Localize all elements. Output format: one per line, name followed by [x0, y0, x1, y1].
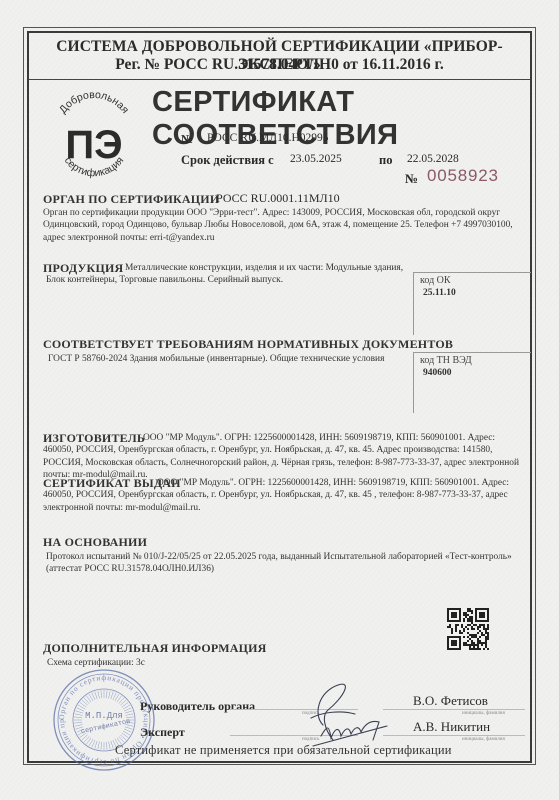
products-text-line2: Блок контейнеры, Торговые павильоны. Сер…: [46, 274, 283, 286]
head-name-caption: инициалы, фамилия: [462, 711, 505, 716]
expert-name: А.В. Никитин: [413, 719, 490, 735]
svg-text:Добровольная: Добровольная: [57, 89, 131, 116]
disclaimer-text: Сертификат не применяется при обязательн…: [115, 743, 452, 758]
requirements-title: СООТВЕТСТВУЕТ ТРЕБОВАНИЯМ НОРМАТИВНЫХ ДО…: [43, 337, 453, 352]
valid-to-label: по: [379, 153, 392, 168]
tnved-code-label: код ТН ВЭД: [420, 355, 472, 366]
basis-title: НА ОСНОВАНИИ: [43, 535, 147, 550]
products-text-line1: Металлические конструкции, изделия и их …: [125, 262, 403, 274]
header-divider: [29, 79, 530, 80]
handwritten-signature-icon: [283, 680, 393, 750]
certification-body-title: ОРГАН ПО СЕРТИФИКАЦИИ: [43, 192, 219, 207]
ok-code-box: код ОК 25.11.10: [413, 272, 531, 335]
ok-code-value: 25.11.10: [423, 288, 456, 298]
valid-from: 23.05.2025: [290, 153, 342, 165]
valid-to: 22.05.2028: [407, 153, 459, 165]
certificate-number: РОСС RU.МЛ10.Н02995: [207, 132, 329, 144]
serial-label: №: [405, 171, 418, 187]
issued-to-text: ООО "МР Модуль". ОГРН: 1225600001428, ИН…: [43, 477, 526, 514]
head-name-line: [383, 709, 525, 710]
pe-logo-icon: Добровольная ПЭ сертификация: [44, 86, 144, 186]
expert-name-caption: инициалы, фамилия: [462, 737, 505, 742]
qr-code-icon: [447, 608, 489, 650]
certification-body-text: Орган по сертификации продукции ООО "Эрр…: [43, 207, 528, 244]
ok-code-label: код ОК: [420, 275, 451, 286]
additional-info-title: ДОПОЛНИТЕЛЬНАЯ ИНФОРМАЦИЯ: [43, 641, 267, 656]
expert-name-line: [383, 735, 525, 736]
head-of-body-label: Руководитель органа: [140, 699, 255, 714]
basis-text: Протокол испытаний № 010/J-22/05/25 от 2…: [46, 551, 526, 576]
certification-body-code: РОСС RU.0001.11МЛ10: [216, 191, 340, 206]
requirements-text: ГОСТ Р 58760-2024 Здания мобильные (инве…: [48, 353, 384, 365]
system-registration: Рег. № РОСС RU.31578.04ОЛН0 от 16.11.201…: [27, 56, 532, 74]
head-of-body-name: В.О. Фетисов: [413, 693, 488, 709]
tnved-code-value: 940600: [423, 368, 452, 378]
expert-label: Эксперт: [140, 725, 185, 740]
manufacturer-text: ООО "МР Модуль". ОГРН: 1225600001428, ИН…: [43, 432, 526, 482]
tnved-code-box: код ТН ВЭД 940600: [413, 352, 531, 413]
serial-number: 0058923: [427, 166, 499, 186]
certificate-number-label: №: [181, 132, 193, 147]
validity-label: Срок действия с: [181, 153, 274, 168]
